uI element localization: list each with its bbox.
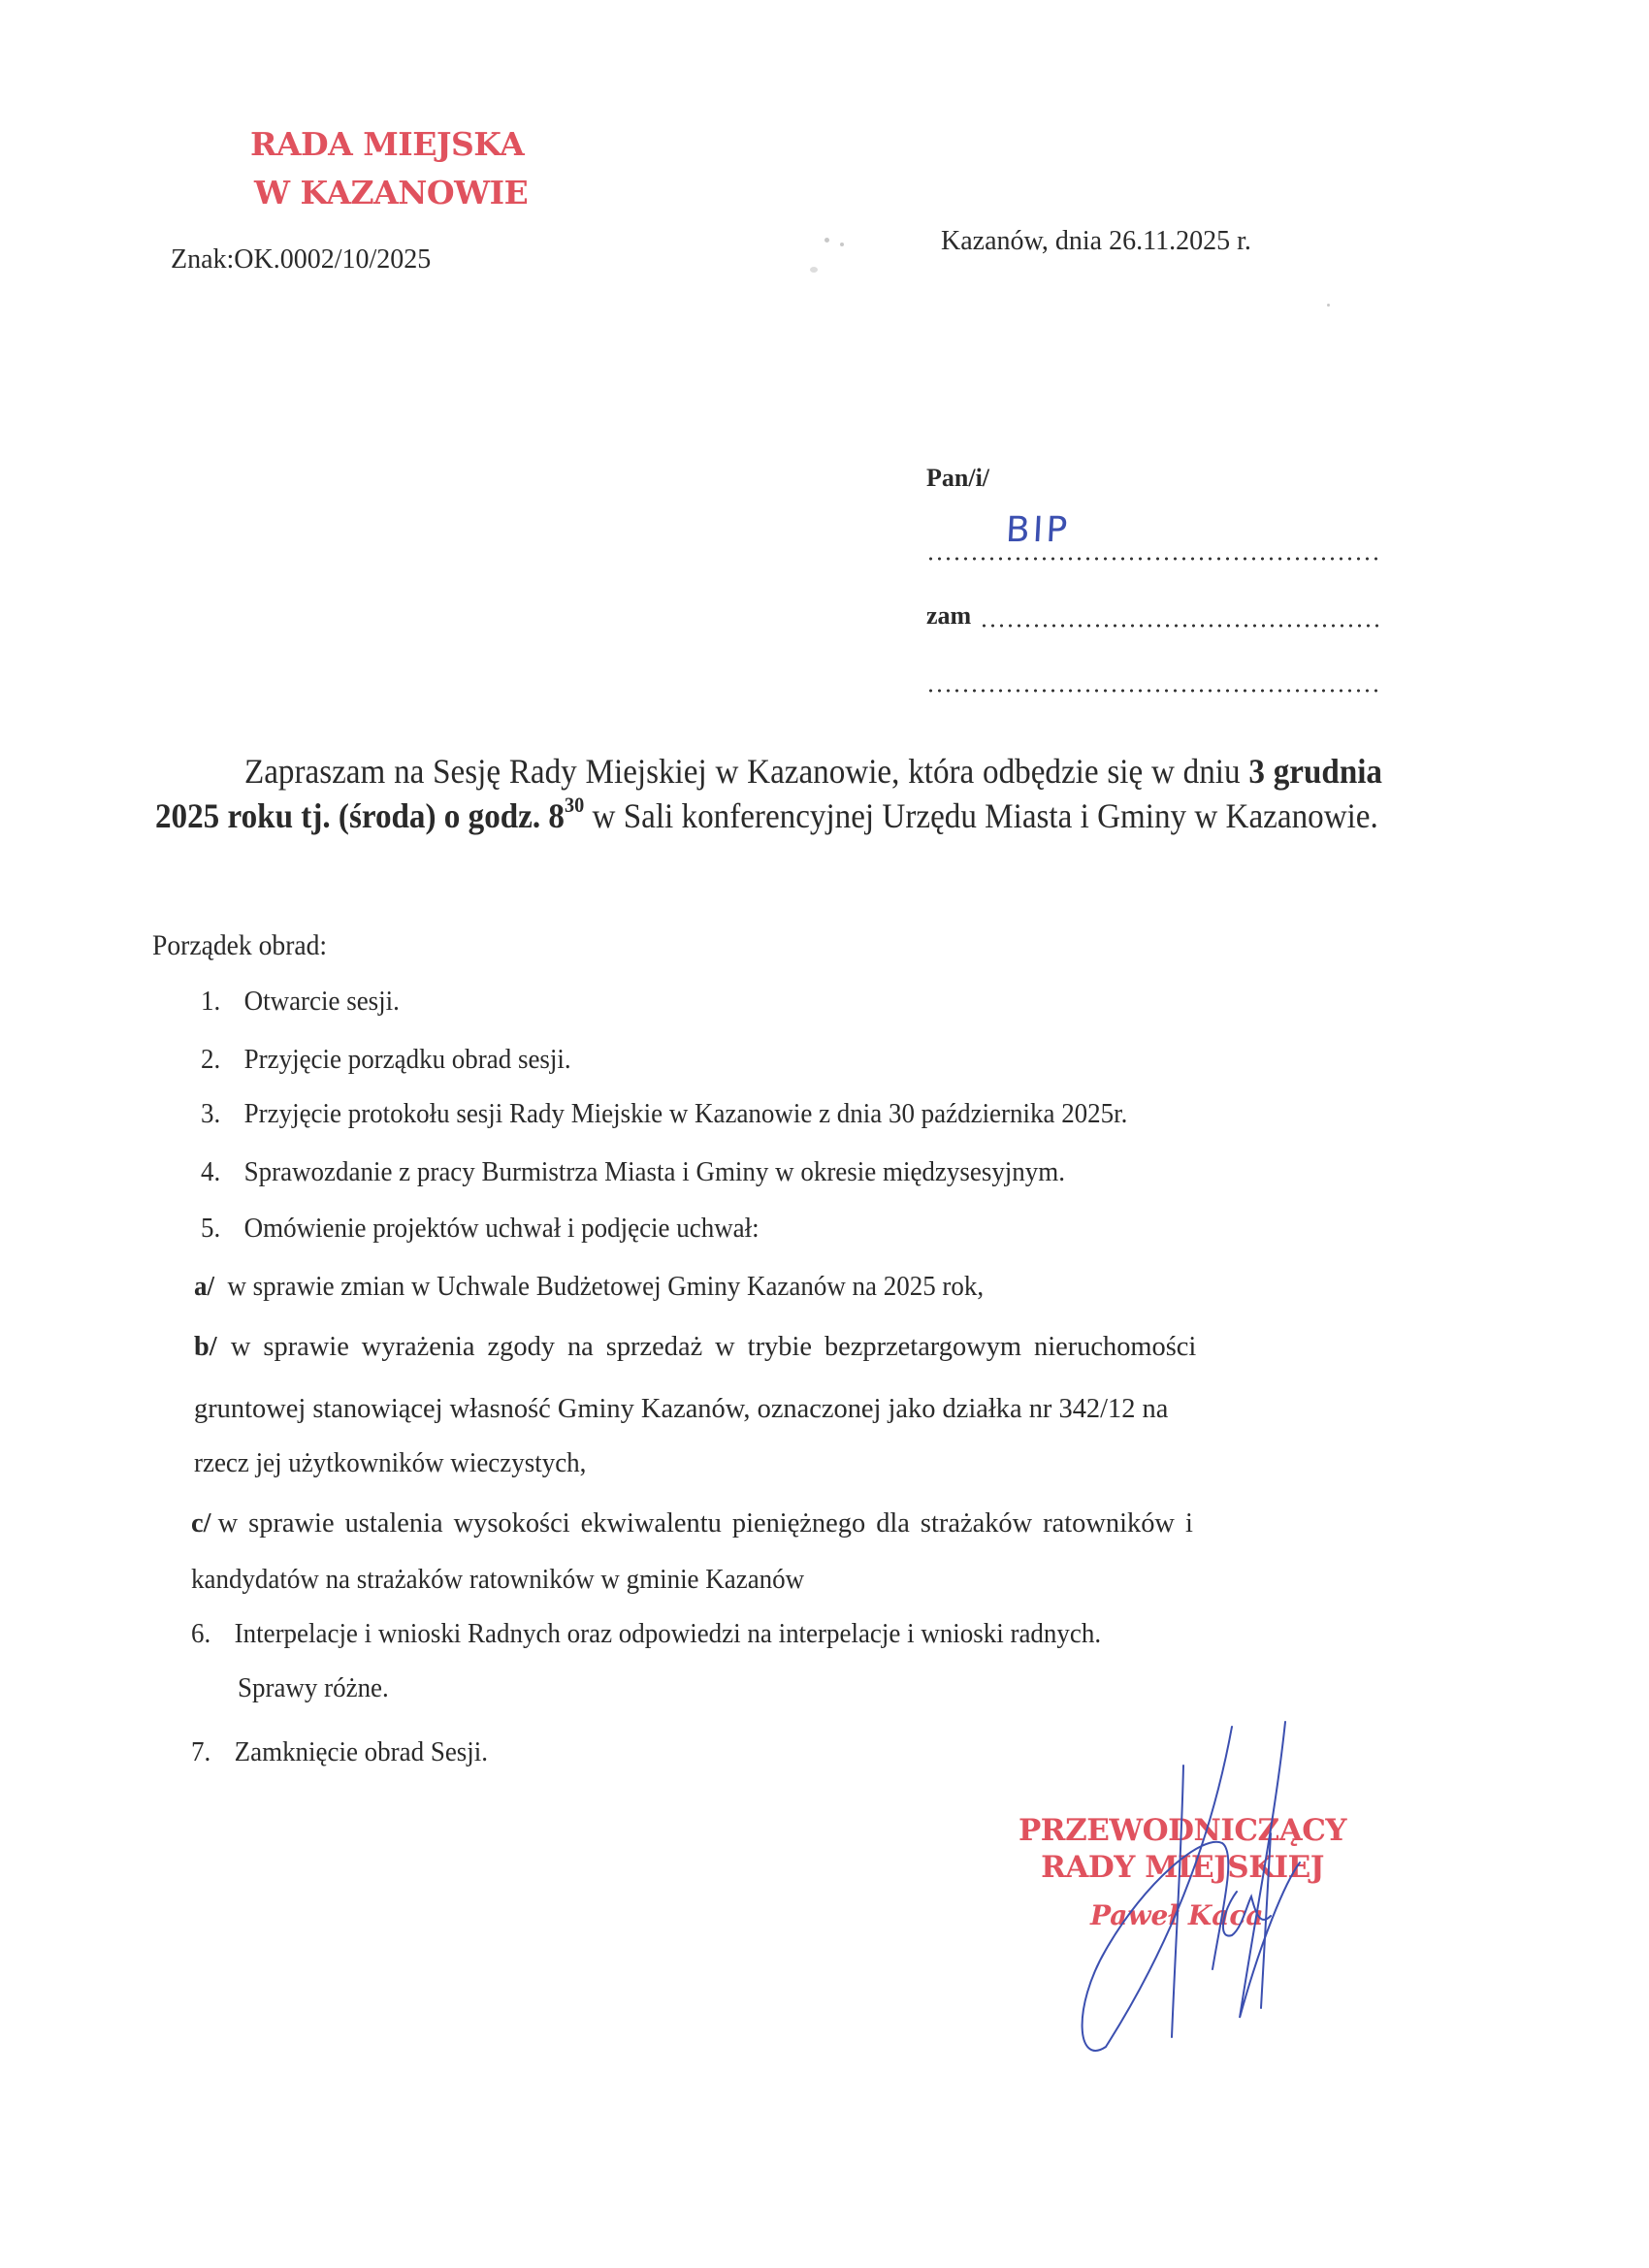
session-time-minutes: 30 [565,793,584,817]
address-dotted-line-2 [926,689,1382,693]
sub-item-b: b/ w sprawie wyrażenia zgody na sprzedaż… [194,1331,1196,1363]
agenda-item: 4.Sprawozdanie z pracy Burmistrza Miasta… [201,1156,1065,1188]
stamp-line-2: W KAZANOWIE [250,169,528,217]
sub-item-a: a/ w sprawie zmian w Uchwale Budżetowej … [194,1271,984,1303]
sub-item-label: c/ [191,1507,211,1539]
scan-artifact [1327,304,1330,307]
agenda-item: 3.Przyjęcie protokołu sesji Rady Miejski… [201,1098,1127,1130]
agenda-item-6: 6.Interpelacje i wnioski Radnych oraz od… [191,1618,1101,1650]
agenda-item-number: 2. [201,1044,244,1076]
sub-item-label: b/ [194,1331,217,1362]
sub-item-b-line2: gruntowej stanowiącej własność Gminy Kaz… [194,1393,1168,1425]
scan-artifact [840,243,844,246]
agenda-item: 2.Przyjęcie porządku obrad sesji. [201,1044,571,1076]
address-dotted-line [980,624,1382,628]
agenda-item-number: 7. [191,1736,235,1768]
agenda-title: Porządek obrad: [152,929,327,962]
intro-text-2: w Sali konferencyjnej Urzędu Miasta i Gm… [584,796,1378,835]
sub-item-text: w sprawie zmian w Uchwale Budżetowej Gmi… [227,1271,984,1302]
handwritten-signature-icon [1067,1717,1358,2066]
place-date: Kazanów, dnia 26.11.2025 r. [941,226,1251,257]
stamp-line-1: RADA MIEJSKA [250,120,528,169]
agenda-item-number: 5. [201,1213,244,1245]
reference-number: Znak:OK.0002/10/2025 [171,244,431,275]
agenda-item-number: 3. [201,1098,244,1130]
agenda-item-7: 7.Zamknięcie obrad Sesji. [191,1736,488,1768]
scan-artifact [824,238,829,243]
agenda-item-text: Zamknięcie obrad Sesji. [235,1736,488,1767]
sub-item-text: w sprawie ustalenia wysokości ekwiwalent… [218,1507,1193,1539]
sub-item-label: a/ [194,1271,214,1302]
invitation-paragraph: Zapraszam na Sesję Rady Miejskiej w Kaza… [155,749,1382,838]
handwritten-addressee: BIP [1005,510,1071,550]
council-stamp: RADA MIEJSKA W KAZANOWIE [250,120,528,217]
agenda-item-number: 6. [191,1618,235,1650]
agenda-item-text: Przyjęcie porządku obrad sesji. [244,1044,571,1075]
agenda-item-text: Omówienie projektów uchwał i podjęcie uc… [244,1213,760,1244]
agenda-item: 1.Otwarcie sesji. [201,986,400,1018]
agenda-item: 5.Omówienie projektów uchwał i podjęcie … [201,1213,760,1245]
scan-artifact [810,267,818,273]
agenda-item-text: Sprawozdanie z pracy Burmistrza Miasta i… [244,1156,1065,1187]
sub-item-b-line3: rzecz jej użytkowników wieczystych, [194,1447,586,1479]
addressee-label: Pan/i/ [926,464,989,493]
agenda-item-6-continuation: Sprawy różne. [238,1672,389,1704]
agenda-item-text: Otwarcie sesji. [244,986,400,1017]
agenda-item-text: Przyjęcie protokołu sesji Rady Miejskie … [244,1098,1128,1129]
sub-item-text: w sprawie wyrażenia zgody na sprzedaż w … [231,1331,1196,1362]
intro-text-1: Zapraszam na Sesję Rady Miejskiej w Kaza… [244,752,1248,791]
agenda-item-text: Interpelacje i wnioski Radnych oraz odpo… [235,1618,1101,1649]
sub-item-c-line2: kandydatów na strażaków ratowników w gmi… [191,1564,804,1596]
addressee-dotted-line [926,557,1382,561]
address-label: zam [926,601,971,631]
agenda-item-number: 4. [201,1156,244,1188]
agenda-item-number: 1. [201,986,244,1018]
sub-item-c: c/ w sprawie ustalenia wysokości ekwiwal… [191,1507,1193,1539]
